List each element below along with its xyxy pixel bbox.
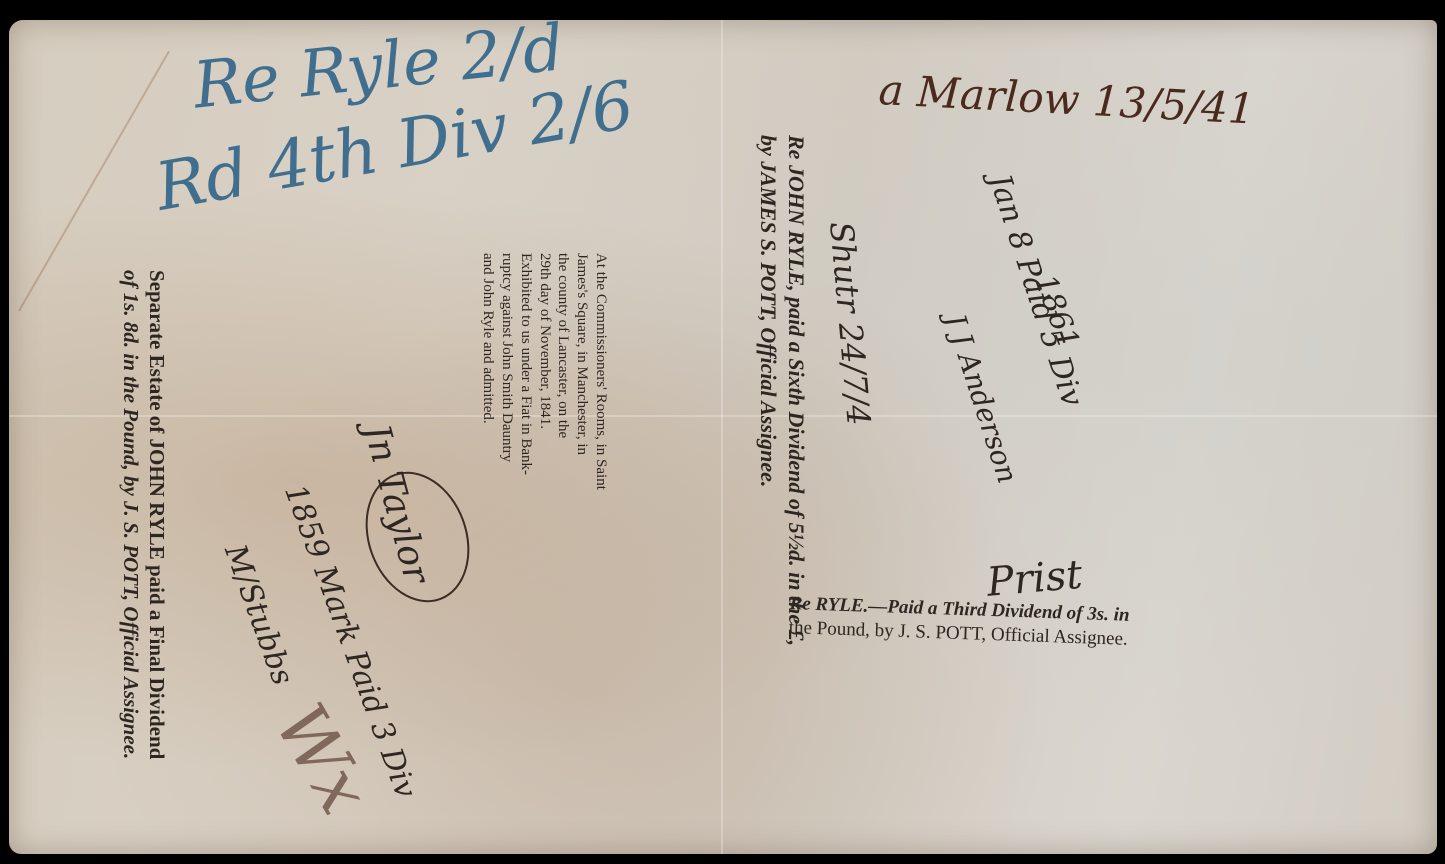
fold-line-vertical xyxy=(721,20,723,854)
fold-line-horizontal xyxy=(9,415,1437,417)
stamp-final-dividend-line2: of 1s. 8d. in the Pound, by J. S. POTT, … xyxy=(118,270,144,759)
stamp-sixth-dividend-line1: Re JOHN RYLE, paid a Sixth Dividend of 5… xyxy=(783,135,811,646)
handwritten-signature-prist: Prist xyxy=(985,552,1084,606)
stamp-commissioners-line2: James's Square, in Manchester, in xyxy=(573,253,592,490)
stamp-commissioners-line6: ruptcy against John Smith Dauntry xyxy=(498,253,517,490)
stamp-commissioners-line5: Exhibited to us under a Fiat in Bank- xyxy=(516,253,535,490)
stamp-commissioners-line4: 29th day of November, 1841. xyxy=(535,253,554,490)
stamp-sixth-dividend-line2: by JAMES S. POTT, Official Assignee. xyxy=(755,135,783,646)
stamp-commissioners-line3: the county of Lancaster, on the xyxy=(554,253,573,490)
stamp-commissioners: At the Commissioners' Rooms, in Saint Ja… xyxy=(479,253,610,490)
stamp-commissioners-line7: and John Ryle and admitted. xyxy=(479,253,498,490)
stamp-sixth-dividend: Re JOHN RYLE, paid a Sixth Dividend of 5… xyxy=(755,135,810,646)
stamp-final-dividend-line1: Separate Estate of JOHN RYLE paid a Fina… xyxy=(144,270,170,759)
stamp-commissioners-line1: At the Commissioners' Rooms, in Saint xyxy=(591,253,610,490)
stamp-final-dividend: Separate Estate of JOHN RYLE paid a Fina… xyxy=(118,270,171,759)
